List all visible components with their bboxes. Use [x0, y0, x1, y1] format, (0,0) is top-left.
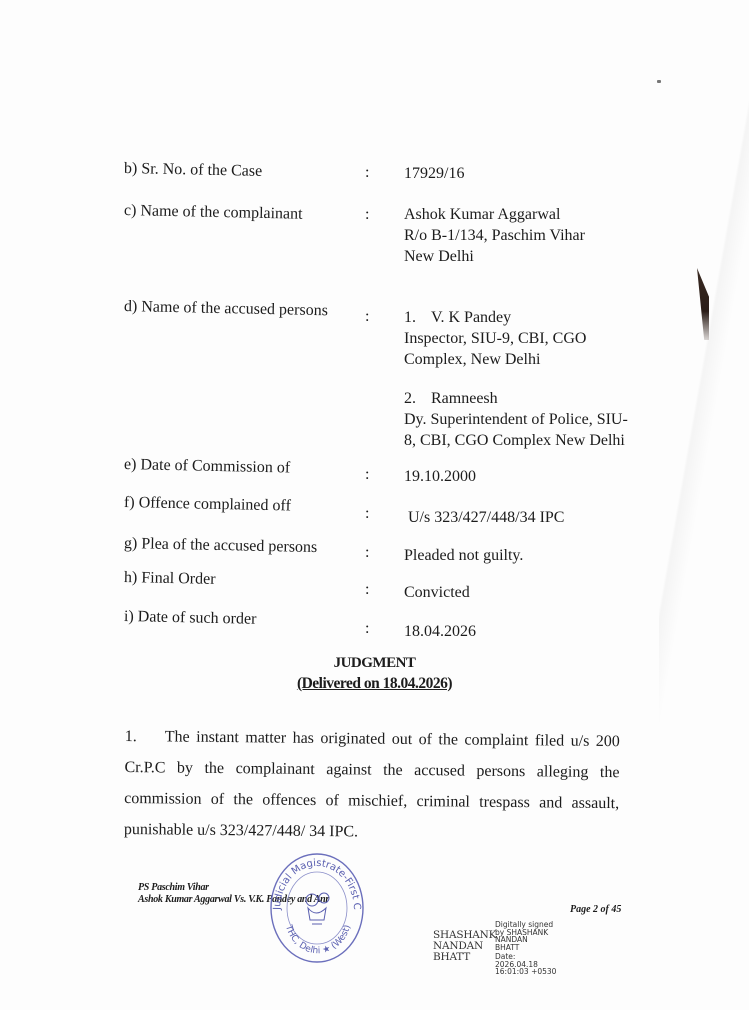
- value-line: New Delhi: [404, 246, 585, 267]
- accused-2-heading: 2.Ramneesh: [404, 388, 628, 409]
- document-page: b) Sr. No. of the Case : 17929/16 c) Nam…: [0, 0, 749, 1010]
- field-colon: :: [365, 544, 369, 562]
- svg-text:THC, Delhi ★ (West): THC, Delhi ★ (West): [283, 923, 353, 956]
- dust-speck: [657, 80, 661, 83]
- field-value-complainant: Ashok Kumar Aggarwal R/o B-1/134, Paschi…: [404, 204, 585, 267]
- field-value-final-order: Convicted: [404, 582, 470, 603]
- judgment-delivered: (Delivered on 18.04.2026): [0, 675, 749, 693]
- field-label-accused: d) Name of the accused persons: [124, 298, 328, 320]
- field-label-complainant: c) Name of the complainant: [124, 202, 303, 224]
- field-value-case-no: 17929/16: [404, 163, 464, 184]
- value-line: Ashok Kumar Aggarwal: [404, 204, 585, 225]
- value-line: Complex, New Delhi: [404, 349, 586, 370]
- field-value-order-date: 18.04.2026: [404, 621, 476, 642]
- digital-signature-details: Digitally signed by SHASHANK NANDAN BHAT…: [495, 921, 556, 976]
- value-line: 8, CBI, CGO Complex New Delhi: [404, 430, 628, 451]
- field-colon: :: [365, 505, 369, 523]
- field-colon: :: [365, 620, 369, 638]
- paragraph-number: 1.: [125, 721, 165, 752]
- field-colon: :: [365, 206, 369, 224]
- signature-name: SHASHANK NANDAN BHATT: [433, 930, 496, 963]
- field-label-date-commission: e) Date of Commission of: [124, 456, 291, 477]
- page-curl-shadow: [659, 0, 749, 1010]
- field-label-order-date: i) Date of such order: [124, 608, 257, 629]
- field-colon: :: [365, 308, 369, 326]
- field-label-case-no: b) Sr. No. of the Case: [124, 160, 263, 181]
- field-value-accused-1: 1.V. K Pandey Inspector, SIU-9, CBI, CGO…: [404, 307, 586, 370]
- value-line: R/o B-1/134, Paschim Vihar: [404, 225, 585, 246]
- value-line: 17929/16: [404, 163, 464, 184]
- field-value-date-commission: 19.10.2000: [404, 466, 476, 487]
- page-number: Page 2 of 45: [570, 904, 621, 915]
- svg-text:Judicial Magistrate-First Clas: Judicial Magistrate-First Class-02: [266, 848, 362, 911]
- accused-1-heading: 1.V. K Pandey: [404, 307, 586, 328]
- field-label-offence: f) Offence complained off: [124, 494, 291, 515]
- field-value-plea: Pleaded not guilty.: [404, 545, 523, 566]
- field-colon: :: [365, 164, 369, 182]
- value-line: Dy. Superintendent of Police, SIU-: [404, 409, 628, 430]
- field-value-accused-2: 2.Ramneesh Dy. Superintendent of Police,…: [404, 388, 628, 451]
- field-value-offence: U/s 323/427/448/34 IPC: [408, 507, 564, 528]
- emblem-seal-icon: Judicial Magistrate-First Class-02 THC, …: [266, 848, 368, 966]
- field-colon: :: [365, 466, 369, 484]
- value-line: Inspector, SIU-9, CBI, CGO: [404, 328, 586, 349]
- field-colon: :: [365, 581, 369, 599]
- judgment-title: JUDGMENT: [0, 655, 749, 672]
- paragraph-text: The instant matter has originated out of…: [124, 728, 620, 840]
- paragraph-1: 1.The instant matter has originated out …: [124, 721, 620, 850]
- field-label-final-order: h) Final Order: [124, 569, 216, 589]
- field-label-plea: g) Plea of the accused persons: [124, 535, 318, 557]
